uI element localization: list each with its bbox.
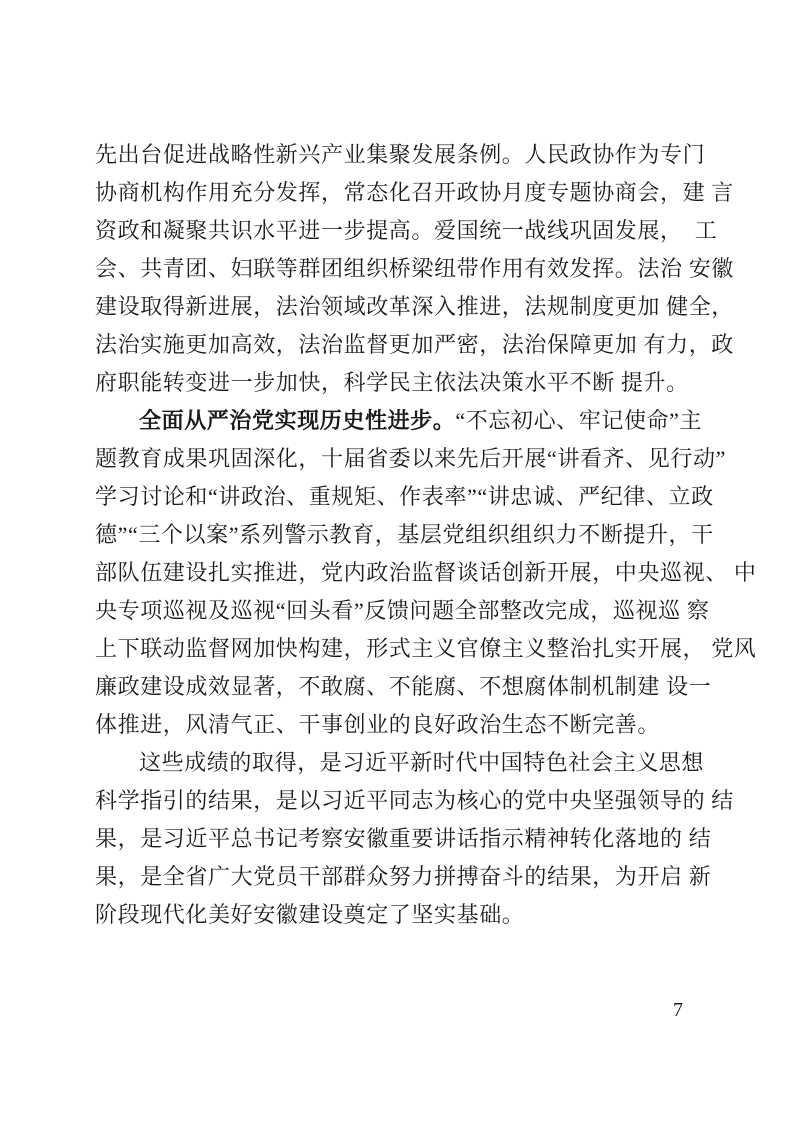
text-line: 央专项巡视及巡视“回头看”反馈问题全部整改完成，巡视巡 察 <box>95 592 711 630</box>
text-line: 法治实施更加高效，法治监督更加严密，法治保障更加 有力，政 <box>95 326 711 364</box>
text-line: 上下联动监督网加快构建，形式主义官僚主义整治扎实开展， 党风 <box>95 630 711 668</box>
text-line: 协商机构作用充分发挥，常态化召开政协月度专题协商会，建 言 <box>95 174 711 212</box>
page-number: 7 <box>666 996 690 1024</box>
text-line: 阶段现代化美好安徽建设奠定了坚实基础。 <box>95 896 711 934</box>
paragraph-heading: 全面从严治党实现历史性进步。 <box>139 408 455 433</box>
text-line: 全面从严治党实现历史性进步。“不忘初心、牢记使命”主 <box>95 402 711 440</box>
text-line: 体推进，风清气正、干事创业的良好政治生态不断完善。 <box>95 706 711 744</box>
text-line: 学习讨论和“讲政治、重规矩、作表率”“讲忠诚、严纪律、立政 <box>95 478 711 516</box>
text-line: 科学指引的结果，是以习近平同志为核心的党中央坚强领导的 结 <box>95 782 711 820</box>
text-line: 部队伍建设扎实推进，党内政治监督谈话创新开展，中央巡视、 中 <box>95 554 711 592</box>
text-run: “不忘初心、牢记使命”主 <box>455 408 702 433</box>
text-line: 果，是全省广大党员干部群众努力拼搏奋斗的结果，为开启 新 <box>95 858 711 896</box>
text-line: 府职能转变进一步加快，科学民主依法决策水平不断 提升。 <box>95 364 711 402</box>
text-line: 先出台促进战略性新兴产业集聚发展条例。人民政协作为专门 <box>95 136 711 174</box>
text-line: 这些成绩的取得，是习近平新时代中国特色社会主义思想 <box>95 744 711 782</box>
paragraph-achievements-politics: 先出台促进战略性新兴产业集聚发展条例。人民政协作为专门 协商机构作用充分发挥，常… <box>95 136 711 402</box>
text-line: 资政和凝聚共识水平进一步提高。爱国统一战线巩固发展， 工 <box>95 212 711 250</box>
text-line: 果，是习近平总书记考察安徽重要讲话指示精神转化落地的 结 <box>95 820 711 858</box>
text-line: 建设取得新进展，法治领域改革深入推进，法规制度更加 健全， <box>95 288 711 326</box>
text-line: 廉政建设成效显著，不敢腐、不能腐、不想腐体制机制建 设一 <box>95 668 711 706</box>
paragraph-party-governance: 全面从严治党实现历史性进步。“不忘初心、牢记使命”主 题教育成果巩固深化，十届省… <box>95 402 711 744</box>
text-line: 会、共青团、妇联等群团组织桥梁纽带作用有效发挥。法治 安徽 <box>95 250 711 288</box>
text-line: 题教育成果巩固深化，十届省委以来先后开展“讲看齐、见行动” <box>95 440 711 478</box>
body-text: 先出台促进战略性新兴产业集聚发展条例。人民政协作为专门 协商机构作用充分发挥，常… <box>95 136 711 934</box>
text-line: 德”“三个以案”系列警示教育，基层党组织组织力不断提升，干 <box>95 516 711 554</box>
document-page: 先出台促进战略性新兴产业集聚发展条例。人民政协作为专门 协商机构作用充分发挥，常… <box>0 0 793 1122</box>
paragraph-conclusion: 这些成绩的取得，是习近平新时代中国特色社会主义思想 科学指引的结果，是以习近平同… <box>95 744 711 934</box>
